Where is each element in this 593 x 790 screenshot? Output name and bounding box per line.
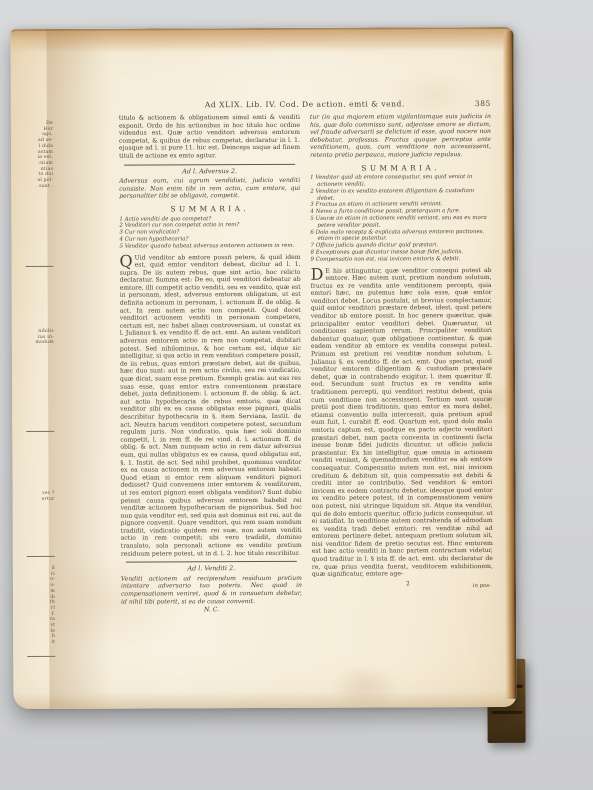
book-photograph: De Hor ago, ad se- l dida astam ia est, … [0,0,593,790]
intro-paragraph: titulo & actionem & obligationem simul e… [119,114,300,160]
book: De Hor ago, ad se- l dida astam ia est, … [11,27,517,709]
summaria-heading: SUMMARIA. [119,205,300,213]
left-column: titulo & actionem & obligationem simul e… [119,114,302,615]
summaria-item: 5 Venditor quando habeat adversus emtore… [119,243,300,251]
law-text-paragraph: Adversus eum, cui agrum vendidisti, judi… [119,177,300,201]
summaria-list: 1 Actio venditi de quo competat? 2 Vendi… [119,215,300,250]
running-header-title: Ad XLIX. Lib. IV. Cod. De action. emti &… [205,99,405,109]
commentary-body: DE his attinguntur, quæ venditor consequ… [311,267,493,579]
prev-page-text-fragment: nihilis rus in- modum [35,329,53,346]
prev-page-text-fragment: ver ? ertur [42,491,55,502]
law-text-paragraph: Venditi actionem ad recipiendum residuum… [121,575,302,606]
page-content: Ad XLIX. Lib. IV. Cod. De action. emti &… [119,99,493,614]
summaria-item: 5 Usuræ an etiam in actionem venditi ven… [310,215,491,229]
prev-page-text-fragment: d ri o- a- m ib th rl f. ra st le b it [50,566,56,646]
commentary-body: QUid venditor ab emtore possit petere, &… [120,253,302,558]
prev-page-rule [27,556,55,557]
right-column: tur (in qua majorem etiam vigilantiamque… [310,113,493,614]
binding-board-edge [491,711,522,714]
page-bottom-shadow [13,691,516,709]
previous-page-edge: De Hor ago, ad se- l dida astam ia est, … [17,29,60,709]
page-fore-edge [503,31,517,699]
intro-paragraph: tur (in qua majorem etiam vigilantiamque… [310,113,491,159]
section-divider-rule [126,561,297,563]
prev-page-rule [26,266,54,267]
summaria-item: 1 Venditor quid ab emtore consequatur, s… [310,174,491,188]
signoff: N. C. [121,606,302,614]
column-footer: 2 in pos- [312,580,493,593]
section-heading: Ad l. Adversus 2. [119,167,300,175]
running-header: Ad XLIX. Lib. IV. Cod. De action. emti &… [119,99,491,110]
summaria-item: 6 Dolo malo recepta & explicata adversus… [310,229,491,243]
prev-page-rule [27,656,55,657]
book-page: De Hor ago, ad se- l dida astam ia est, … [11,27,517,709]
drop-cap: Q [120,254,135,268]
prev-page-rule [26,431,54,432]
catchword: in pos- [473,583,491,591]
summaria-heading: SUMMARIA. [310,164,491,172]
section-divider-rule [124,163,295,165]
prev-page-text-fragment: De Hor ago, ad se- l dida astam ia est, … [37,121,53,190]
summaria-list: 1 Venditor quid ab emtore consequatur, s… [310,174,491,263]
summaria-item: 2 Venditor in ex vendito emtorem diligen… [310,188,491,202]
summaria-item: 9 Compensatio non est, nisi invicem emto… [311,256,492,264]
section-heading: Ad l. Venditi 2. [121,565,302,573]
signature-mark: 2 [406,580,410,588]
page-number: 385 [475,99,491,108]
drop-cap: D [311,267,326,281]
